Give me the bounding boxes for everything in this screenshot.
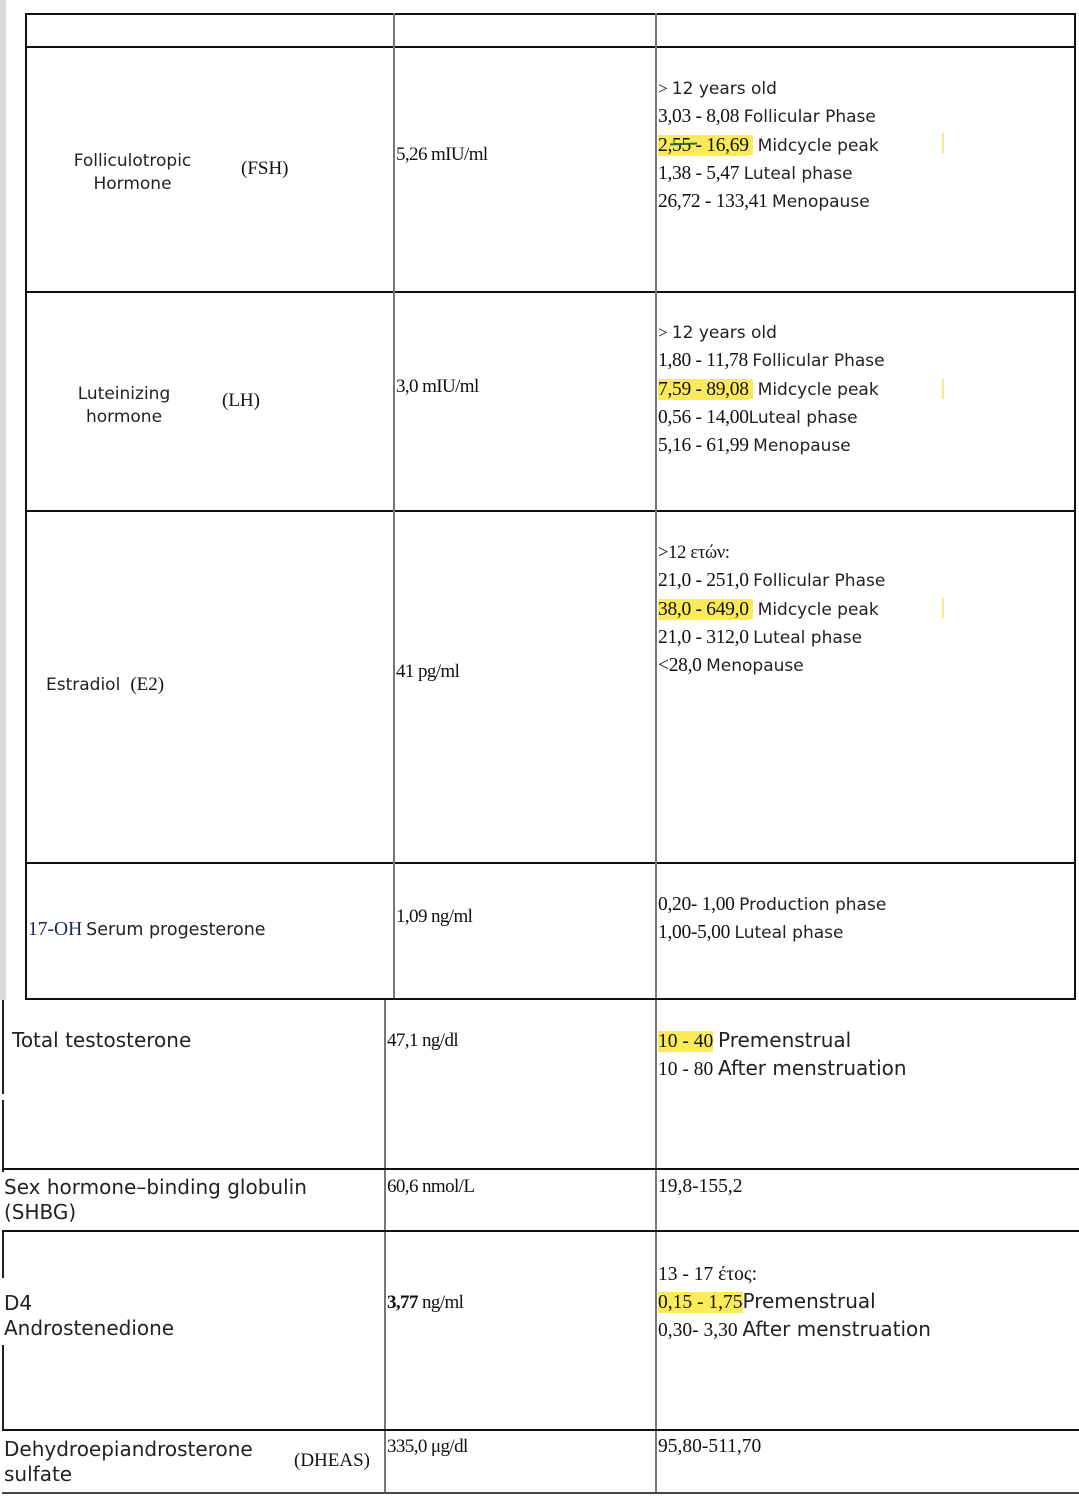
reference-lh: > 12 years old 1,80 - 11,78 Follicular P… bbox=[658, 319, 885, 460]
reference-heading: >12 ετών: bbox=[658, 543, 730, 563]
result-17oh-progesterone: 1,09 ng/ml bbox=[396, 906, 472, 928]
reference-line: 1,38 - 5,47 Luteal phase bbox=[658, 160, 879, 188]
reference-shbg: 19,8-155,2 bbox=[658, 1176, 743, 1198]
left-border bbox=[2, 1345, 4, 1431]
reference-line: 1,00-5,00 Luteal phase bbox=[658, 919, 886, 947]
result-total-testosterone: 47,1 ng/dl bbox=[387, 1030, 458, 1052]
test-name-total-testosterone: Total testosterone bbox=[12, 1028, 191, 1053]
test-abbreviation-estradiol: (E2) bbox=[130, 674, 164, 695]
test-abbreviation-lh: (LH) bbox=[222, 390, 260, 412]
reference-17oh-progesterone: 0,20- 1,00 Production phase 1,00-5,00 Lu… bbox=[658, 891, 886, 948]
highlight-mark bbox=[942, 133, 944, 153]
reference-line: 0,30- 3,30 After menstruation bbox=[658, 1316, 931, 1344]
reference-heading: 12 years old bbox=[672, 79, 777, 99]
row-divider bbox=[25, 510, 1076, 512]
reference-line-highlighted: 7,59 - 89,08 Midcycle peak bbox=[658, 376, 885, 404]
reference-fsh: > 12 years old 3,03 - 8,08 Follicular Ph… bbox=[658, 75, 879, 216]
reference-line: 5,16 - 61,99 Menopause bbox=[658, 432, 885, 460]
result-fsh: 5,26 mIU/ml bbox=[396, 144, 488, 166]
test-abbreviation-fsh: (FSH) bbox=[241, 158, 289, 180]
test-name-lh: Luteinizing hormone bbox=[60, 383, 188, 429]
reference-dheas: 95,80-511,70 bbox=[658, 1436, 761, 1458]
test-abbreviation-dheas: (DHEAS) bbox=[294, 1450, 370, 1472]
reference-line: 1,80 - 11,78 Follicular Phase bbox=[658, 347, 885, 375]
result-lh: 3,0 mIU/ml bbox=[396, 376, 479, 398]
reference-line: 0,56 - 14,00Luteal phase bbox=[658, 404, 885, 432]
reference-androstenedione: 13 - 17 έτος: 0,15 - 1,75Premenstrual 0,… bbox=[658, 1262, 931, 1344]
reference-heading: 13 - 17 έτος: bbox=[658, 1264, 757, 1285]
test-name-fsh: Folliculotropic Hormone bbox=[60, 150, 205, 196]
reference-line-highlighted: 2,55 - 16,69 Midcycle peak bbox=[658, 132, 879, 160]
reference-line: 10 - 80 After menstruation bbox=[658, 1055, 907, 1083]
result-androstenedione: 3,77 ng/ml bbox=[387, 1292, 463, 1314]
highlight-mark bbox=[942, 598, 944, 618]
reference-heading: 12 years old bbox=[672, 323, 777, 343]
highlight-mark bbox=[942, 379, 944, 399]
column-divider bbox=[655, 1000, 657, 1494]
test-name-androstenedione: D4 Androstenedione bbox=[4, 1291, 174, 1341]
result-dheas: 335,0 μg/dl bbox=[387, 1436, 468, 1458]
column-divider bbox=[384, 1000, 386, 1494]
test-name-shbg: Sex hormone–binding globulin (SHBG) bbox=[4, 1175, 307, 1225]
row-divider bbox=[25, 291, 1076, 293]
left-border bbox=[2, 1000, 4, 1094]
row-divider bbox=[2, 1492, 1079, 1494]
row-divider bbox=[25, 862, 1076, 864]
column-divider bbox=[393, 13, 395, 1000]
test-name-estradiol: Estradiol (E2) bbox=[46, 674, 164, 697]
row-divider bbox=[2, 1168, 1079, 1170]
column-divider bbox=[655, 13, 657, 1000]
page-scroll-edge bbox=[0, 0, 6, 1000]
reference-line: <28,0 Menopause bbox=[658, 652, 885, 680]
reference-line-highlighted: 10 - 40 Premenstrual bbox=[658, 1027, 907, 1055]
reference-total-testosterone: 10 - 40 Premenstrual 10 - 80 After menst… bbox=[658, 1027, 907, 1083]
row-divider bbox=[2, 1429, 1079, 1431]
reference-line-highlighted: 38,0 - 649,0 Midcycle peak bbox=[658, 596, 885, 624]
row-divider bbox=[25, 46, 1076, 48]
left-border bbox=[2, 1100, 4, 1172]
reference-line: 26,72 - 133,41 Menopause bbox=[658, 188, 879, 216]
reference-line: 21,0 - 251,0 Follicular Phase bbox=[658, 567, 885, 595]
left-border bbox=[2, 1232, 4, 1278]
reference-line: 3,03 - 8,08 Follicular Phase bbox=[658, 103, 879, 131]
reference-line: 0,20- 1,00 Production phase bbox=[658, 891, 886, 919]
test-name-17oh-progesterone: 17-OH Serum progesterone bbox=[28, 919, 266, 941]
table-divider bbox=[25, 998, 1076, 1000]
test-name-dheas: Dehydroepiandrosterone sulfate bbox=[4, 1437, 253, 1487]
result-estradiol: 41 pg/ml bbox=[396, 661, 459, 683]
reference-line: 21,0 - 312,0 Luteal phase bbox=[658, 624, 885, 652]
row-divider bbox=[2, 1230, 1079, 1232]
reference-line-highlighted: 0,15 - 1,75Premenstrual bbox=[658, 1288, 931, 1316]
reference-estradiol: >12 ετών: 21,0 - 251,0 Follicular Phase … bbox=[658, 539, 885, 680]
result-shbg: 60,6 nmol/L bbox=[387, 1176, 474, 1198]
